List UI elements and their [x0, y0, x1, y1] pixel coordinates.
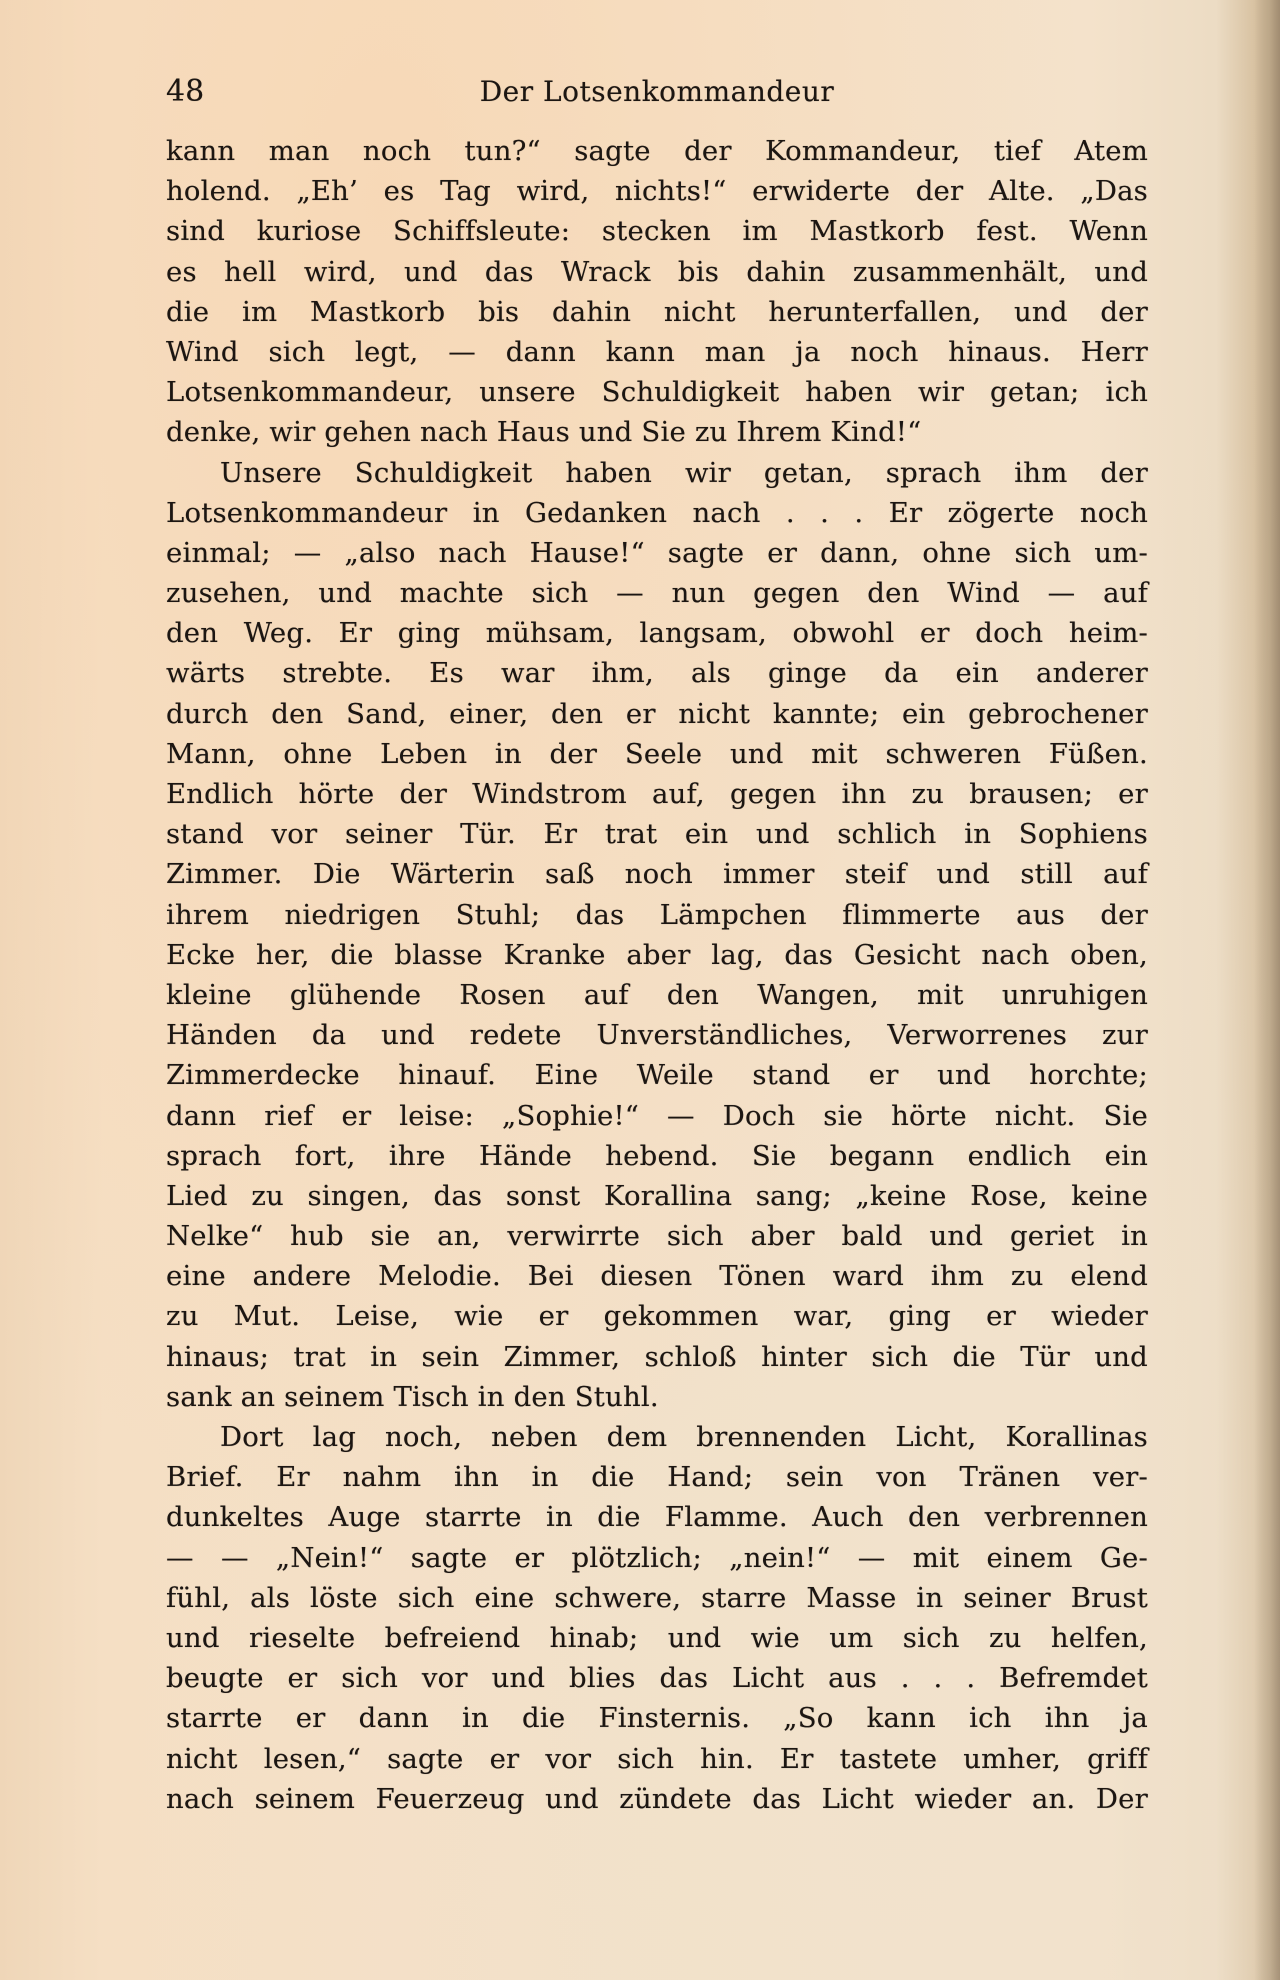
text-line: wärts strebte. Es war ihm, als ginge da … [166, 653, 1148, 693]
text-line: kann man noch tun?“ sagte der Kommandeur… [166, 131, 1148, 171]
text-line: Dort lag noch, neben dem brennenden Lich… [166, 1417, 1148, 1457]
text-line: Händen da und redete Unverständliches, V… [166, 1015, 1148, 1055]
page-header: 48 Der Lotsenkommandeur [166, 72, 1148, 112]
text-line: Unsere Schuldigkeit haben wir getan, spr… [166, 453, 1148, 493]
text-line: Lotsenkommandeur, unsere Schuldigkeit ha… [166, 372, 1148, 412]
text-line: zusehen, und machte sich — nun gegen den… [166, 573, 1148, 613]
text-line: Zimmerdecke hinauf. Eine Weile stand er … [166, 1055, 1148, 1095]
text-line: Wind sich legt, — dann kann man ja noch … [166, 332, 1148, 372]
text-line: eine andere Melodie. Bei diesen Tönen wa… [166, 1256, 1148, 1296]
text-line: sprach fort, ihre Hände hebend. Sie bega… [166, 1136, 1148, 1176]
text-line: und rieselte befreiend hinab; und wie um… [166, 1618, 1148, 1658]
text-line: hinaus; trat in sein Zimmer, schloß hint… [166, 1337, 1148, 1377]
text-line: starrte er dann in die Finsternis. „So k… [166, 1698, 1148, 1738]
text-line: dann rief er leise: „Sophie!“ — Doch sie… [166, 1096, 1148, 1136]
body-text: kann man noch tun?“ sagte der Kommandeur… [166, 131, 1148, 1819]
text-line: durch den Sand, einer, den er nicht kann… [166, 694, 1148, 734]
text-line: den Weg. Er ging mühsam, langsam, obwohl… [166, 613, 1148, 653]
text-line: — — „Nein!“ sagte er plötzlich; „nein!“ … [166, 1538, 1148, 1578]
text-line: es hell wird, und das Wrack bis dahin zu… [166, 252, 1148, 292]
text-line: die im Mastkorb bis dahin nicht herunter… [166, 292, 1148, 332]
text-line: ihrem niedrigen Stuhl; das Lämpchen flim… [166, 895, 1148, 935]
text-line: Endlich hörte der Windstrom auf, gegen i… [166, 774, 1148, 814]
text-line: zu Mut. Leise, wie er gekommen war, ging… [166, 1296, 1148, 1336]
text-line: sind kuriose Schiffsleute: stecken im Ma… [166, 211, 1148, 251]
text-line: Brief. Er nahm ihn in die Hand; sein von… [166, 1457, 1148, 1497]
page-edge-shadow [1254, 0, 1280, 1980]
text-line: Lotsenkommandeur in Gedanken nach . . . … [166, 493, 1148, 533]
text-line: einmal; — „also nach Hause!“ sagte er da… [166, 533, 1148, 573]
text-line: Zimmer. Die Wärterin saß noch immer stei… [166, 854, 1148, 894]
text-line: sank an seinem Tisch in den Stuhl. [166, 1377, 1148, 1417]
text-line: denke, wir gehen nach Haus und Sie zu Ih… [166, 412, 1148, 452]
text-line: beugte er sich vor und blies das Licht a… [166, 1658, 1148, 1698]
text-line: fühl, als löste sich eine schwere, starr… [166, 1578, 1148, 1618]
text-line: holend. „Eh’ es Tag wird, nichts!“ erwid… [166, 171, 1148, 211]
running-head: Der Lotsenkommandeur [166, 72, 1148, 112]
text-line: stand vor seiner Tür. Er trat ein und sc… [166, 814, 1148, 854]
text-line: Nelke“ hub sie an, verwirrte sich aber b… [166, 1216, 1148, 1256]
text-line: nach seinem Feuerzeug und zündete das Li… [166, 1779, 1148, 1819]
text-line: Lied zu singen, das sonst Korallina sang… [166, 1176, 1148, 1216]
text-line: Mann, ohne Leben in der Seele und mit sc… [166, 734, 1148, 774]
text-line: Ecke her, die blasse Kranke aber lag, da… [166, 935, 1148, 975]
text-line: kleine glühende Rosen auf den Wangen, mi… [166, 975, 1148, 1015]
text-line: nicht lesen,“ sagte er vor sich hin. Er … [166, 1739, 1148, 1779]
text-line: dunkeltes Auge starrte in die Flamme. Au… [166, 1497, 1148, 1537]
